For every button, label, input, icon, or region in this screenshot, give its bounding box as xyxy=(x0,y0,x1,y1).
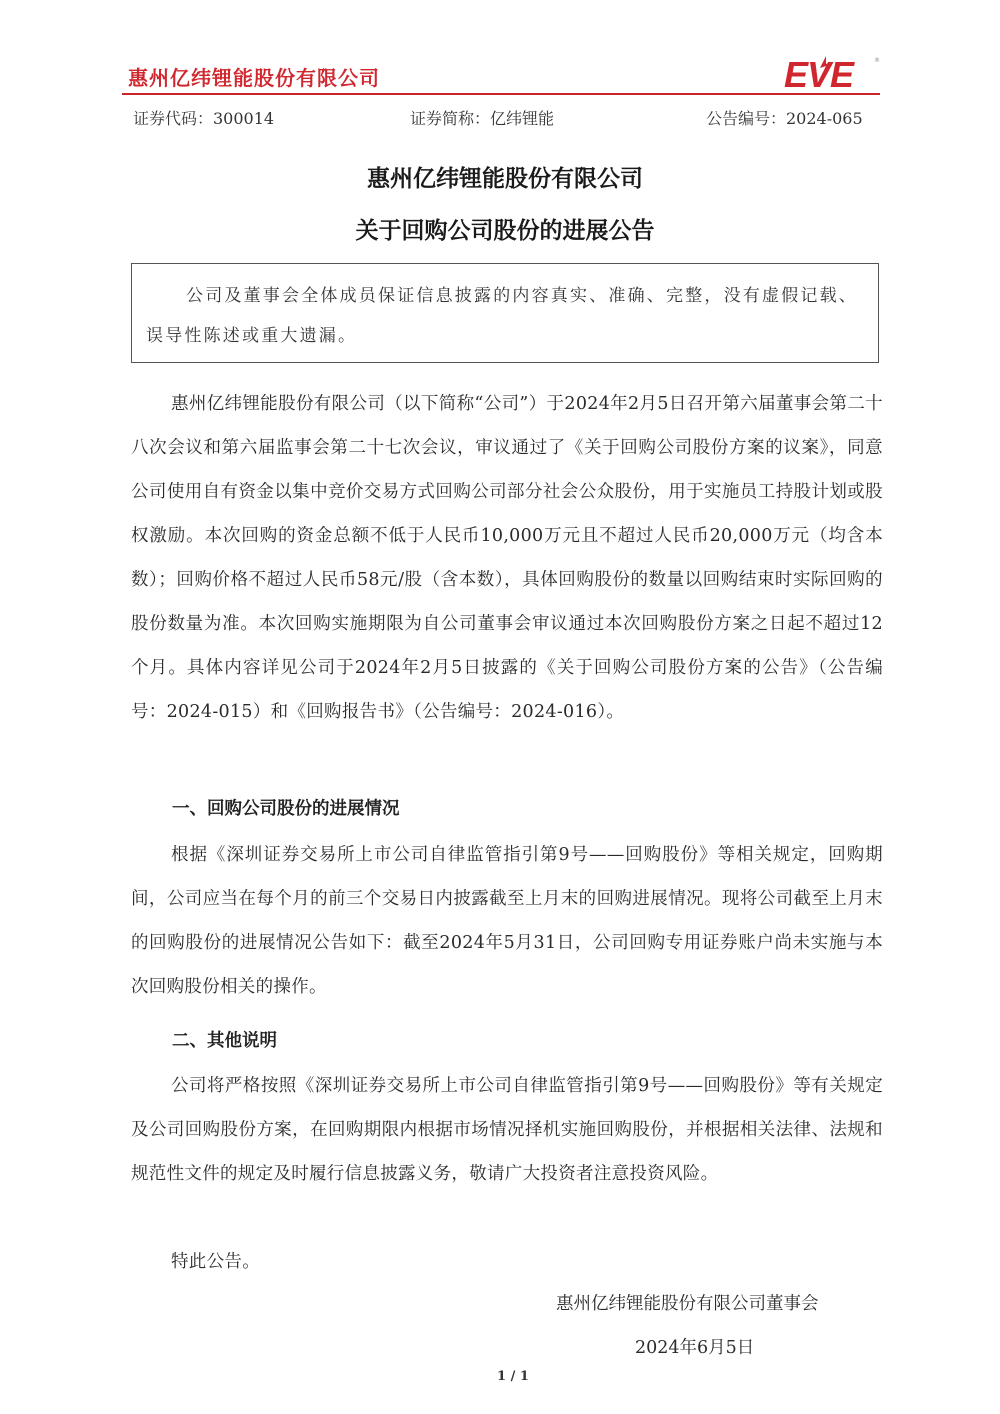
disclosure-statement: 公司及董事会全体成员保证信息披露的内容真实、准确、完整，没有虚假记载、误导性陈述… xyxy=(146,276,871,356)
section-progress-paragraph: 根据《深圳证券交易所上市公司自律监管指引第9号——回购股份》等相关规定，回购期间… xyxy=(131,833,883,1009)
section-heading-progress: 一、回购公司股份的进展情况 xyxy=(172,795,400,820)
stock-code: 证券代码：300014 xyxy=(133,106,274,128)
svg-text:EVE: EVE xyxy=(784,54,855,92)
document-title-company: 惠州亿纬锂能股份有限公司 xyxy=(0,160,1000,193)
section-heading-other: 二、其他说明 xyxy=(172,1027,277,1052)
announcement-page: 惠州亿纬锂能股份有限公司 EVE ® 证券代码：300014 证券简称：亿纬锂能… xyxy=(0,0,1000,1414)
section-other-paragraph: 公司将严格按照《深圳证券交易所上市公司自律监管指引第9号——回购股份》等有关规定… xyxy=(131,1064,883,1196)
announcement-number: 公告编号：2024-065 xyxy=(706,106,863,128)
letterhead-divider xyxy=(122,93,880,95)
intro-paragraph: 惠州亿纬锂能股份有限公司（以下简称“公司”）于2024年2月5日召开第六届董事会… xyxy=(131,382,883,734)
signature-date: 2024年6月5日 xyxy=(635,1334,754,1359)
page-number: 1 / 1 xyxy=(497,1369,529,1384)
eve-logo-icon: EVE ® xyxy=(782,52,882,92)
document-title-subject: 关于回购公司股份的进展公告 xyxy=(0,212,1000,245)
disclosure-statement-box: 公司及董事会全体成员保证信息披露的内容真实、准确、完整，没有虚假记载、误导性陈述… xyxy=(131,263,879,363)
stock-short-name: 证券简称：亿纬锂能 xyxy=(410,106,554,128)
signature-organization: 惠州亿纬锂能股份有限公司董事会 xyxy=(556,1290,819,1315)
closing-remark: 特此公告。 xyxy=(131,1240,883,1284)
letterhead-company-name: 惠州亿纬锂能股份有限公司 xyxy=(128,62,380,91)
svg-text:®: ® xyxy=(874,57,880,64)
